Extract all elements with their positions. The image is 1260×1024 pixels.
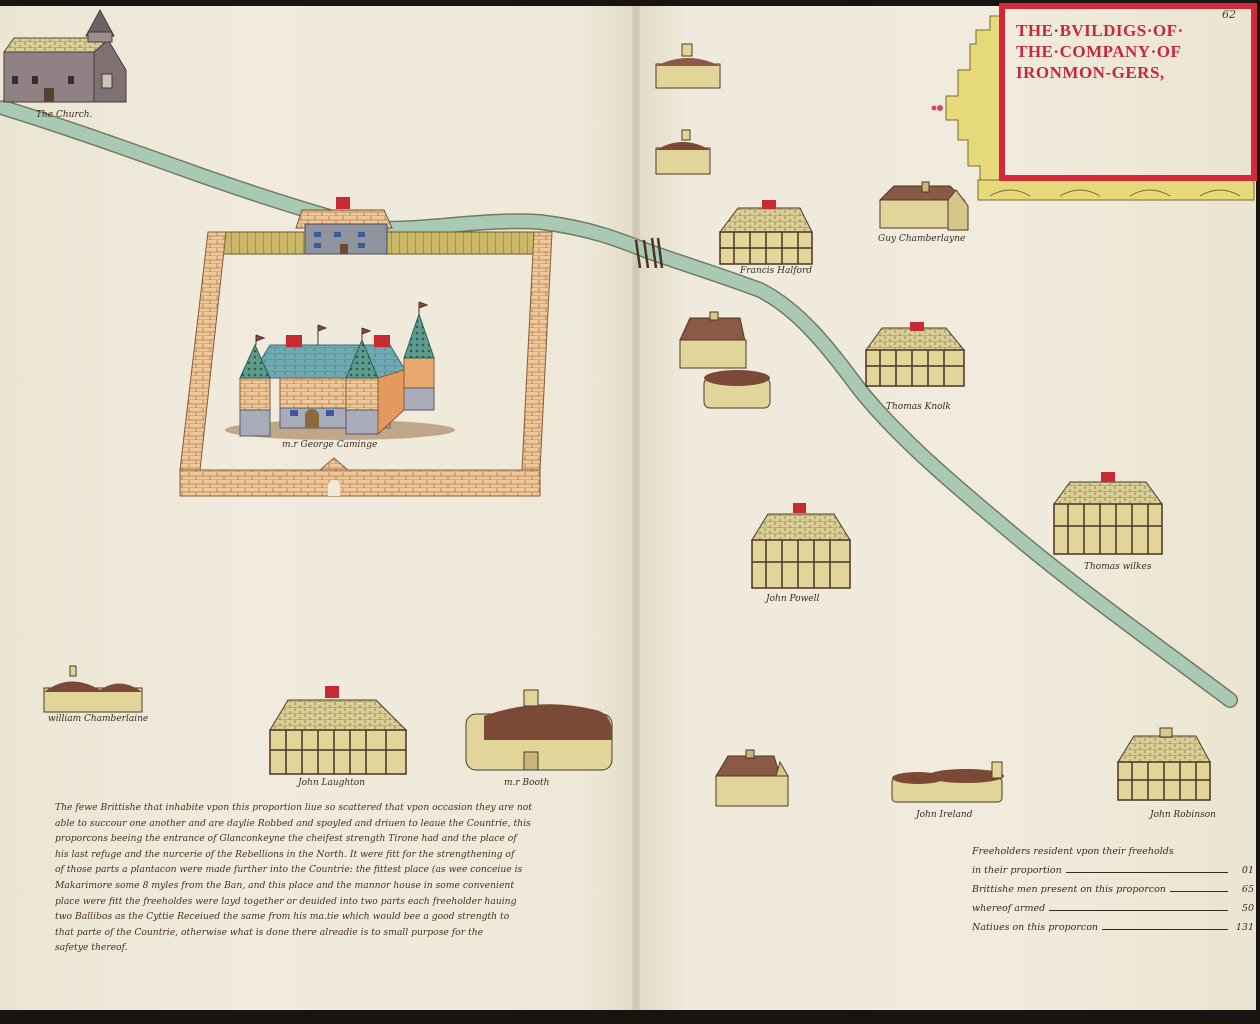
para-line: that parte of the Countrie, otherwise wh… bbox=[55, 925, 627, 941]
label-john-powell: John Powell bbox=[766, 594, 819, 604]
john-robinson-house bbox=[1118, 728, 1210, 800]
para-line: place were fitt the freeholdes were layd… bbox=[55, 894, 627, 910]
label-guy-chamberlayne: Guy Chamberlayne bbox=[878, 234, 965, 244]
stat-label: in their proportion bbox=[972, 861, 1062, 880]
title-line-2: THE·COMPANY·OF bbox=[1016, 41, 1184, 62]
thomas-wilkes-house bbox=[1054, 472, 1162, 554]
cottage-bottom-house bbox=[716, 750, 788, 806]
label-william-chamberlaine: william Chamberlaine bbox=[48, 714, 148, 724]
stat-label: Freeholders resident vpon their freehold… bbox=[972, 842, 1174, 861]
label-francis-halford: Francis Halford bbox=[740, 266, 812, 276]
leader-line bbox=[1049, 909, 1228, 911]
para-line: Makarimore some 8 myles from the Ban, an… bbox=[55, 878, 627, 894]
stat-label: whereof armed bbox=[972, 899, 1045, 918]
leader-line bbox=[1102, 928, 1228, 930]
guy-chamberlayne-house bbox=[880, 182, 968, 230]
stat-value: 65 bbox=[1232, 880, 1254, 899]
stat-label: Brittishe men present on this proporcon bbox=[972, 880, 1166, 899]
label-john-laughton: John Laughton bbox=[298, 778, 365, 788]
description-paragraph: The fewe Brittishe that inhabite vpon th… bbox=[55, 800, 627, 956]
population-tally: Freeholders resident vpon their freehold… bbox=[972, 842, 1254, 937]
para-line: his last refuge and the nurcerie of the … bbox=[55, 847, 627, 863]
label-john-ireland: John Ireland bbox=[916, 810, 972, 820]
para-line: safetye thereof. bbox=[55, 940, 627, 956]
label-thomas-wilkes: Thomas wilkes bbox=[1084, 562, 1151, 572]
mr-booth-house bbox=[466, 690, 612, 770]
cottage-top-2 bbox=[656, 130, 710, 174]
castle-building bbox=[225, 302, 455, 440]
stat-label: Natiues on this proporcon bbox=[972, 918, 1098, 937]
cottage-top-1 bbox=[656, 44, 720, 88]
thomas-knolk-house bbox=[866, 322, 964, 386]
para-line: two Ballibos as the Cyttie Receiued the … bbox=[55, 909, 627, 925]
label-mr-booth: m.r Booth bbox=[504, 778, 549, 788]
stat-row: whereof armed 50 bbox=[972, 899, 1254, 918]
para-line: The fewe Brittishe that inhabite vpon th… bbox=[55, 800, 627, 816]
john-ireland-house bbox=[892, 762, 1004, 802]
stat-value: 131 bbox=[1232, 918, 1254, 937]
leader-line bbox=[1170, 890, 1228, 892]
label-church: The Church. bbox=[36, 110, 92, 120]
stat-row: Freeholders resident vpon their freehold… bbox=[972, 842, 1254, 861]
para-line: of those parts a plantacon were made fur… bbox=[55, 862, 627, 878]
leader-line bbox=[1066, 871, 1228, 873]
para-line: proporcons beeing the entrance of Glanco… bbox=[55, 831, 627, 847]
title-line-3: IRONMON-GERS, bbox=[1016, 62, 1184, 83]
label-castle: m.r George Caminge bbox=[282, 440, 377, 450]
john-powell-house bbox=[752, 503, 850, 588]
para-line: able to succour one another and are dayl… bbox=[55, 816, 627, 832]
cottage-mid-house bbox=[680, 312, 746, 368]
map-title: THE·BVILDIGS·OF· THE·COMPANY·OF IRONMON-… bbox=[1016, 20, 1184, 83]
william-chamberlaine-house bbox=[44, 666, 142, 712]
church-building bbox=[4, 10, 126, 102]
title-line-1: THE·BVILDIGS·OF· bbox=[1016, 20, 1184, 41]
stat-value: 50 bbox=[1232, 899, 1254, 918]
john-laughton-house bbox=[270, 686, 406, 774]
round-hut-mid bbox=[704, 370, 770, 408]
francis-halford-house bbox=[720, 200, 812, 264]
stat-value: 01 bbox=[1232, 861, 1254, 880]
label-john-robinson: John Robinson bbox=[1150, 810, 1216, 820]
folio-number: 62 bbox=[1222, 8, 1236, 21]
stat-row: in their proportion 01 bbox=[972, 861, 1254, 880]
stat-row: Natiues on this proporcon 131 bbox=[972, 918, 1254, 937]
label-thomas-knolk: Thomas Knolk bbox=[886, 402, 951, 412]
stat-row: Brittishe men present on this proporcon … bbox=[972, 880, 1254, 899]
